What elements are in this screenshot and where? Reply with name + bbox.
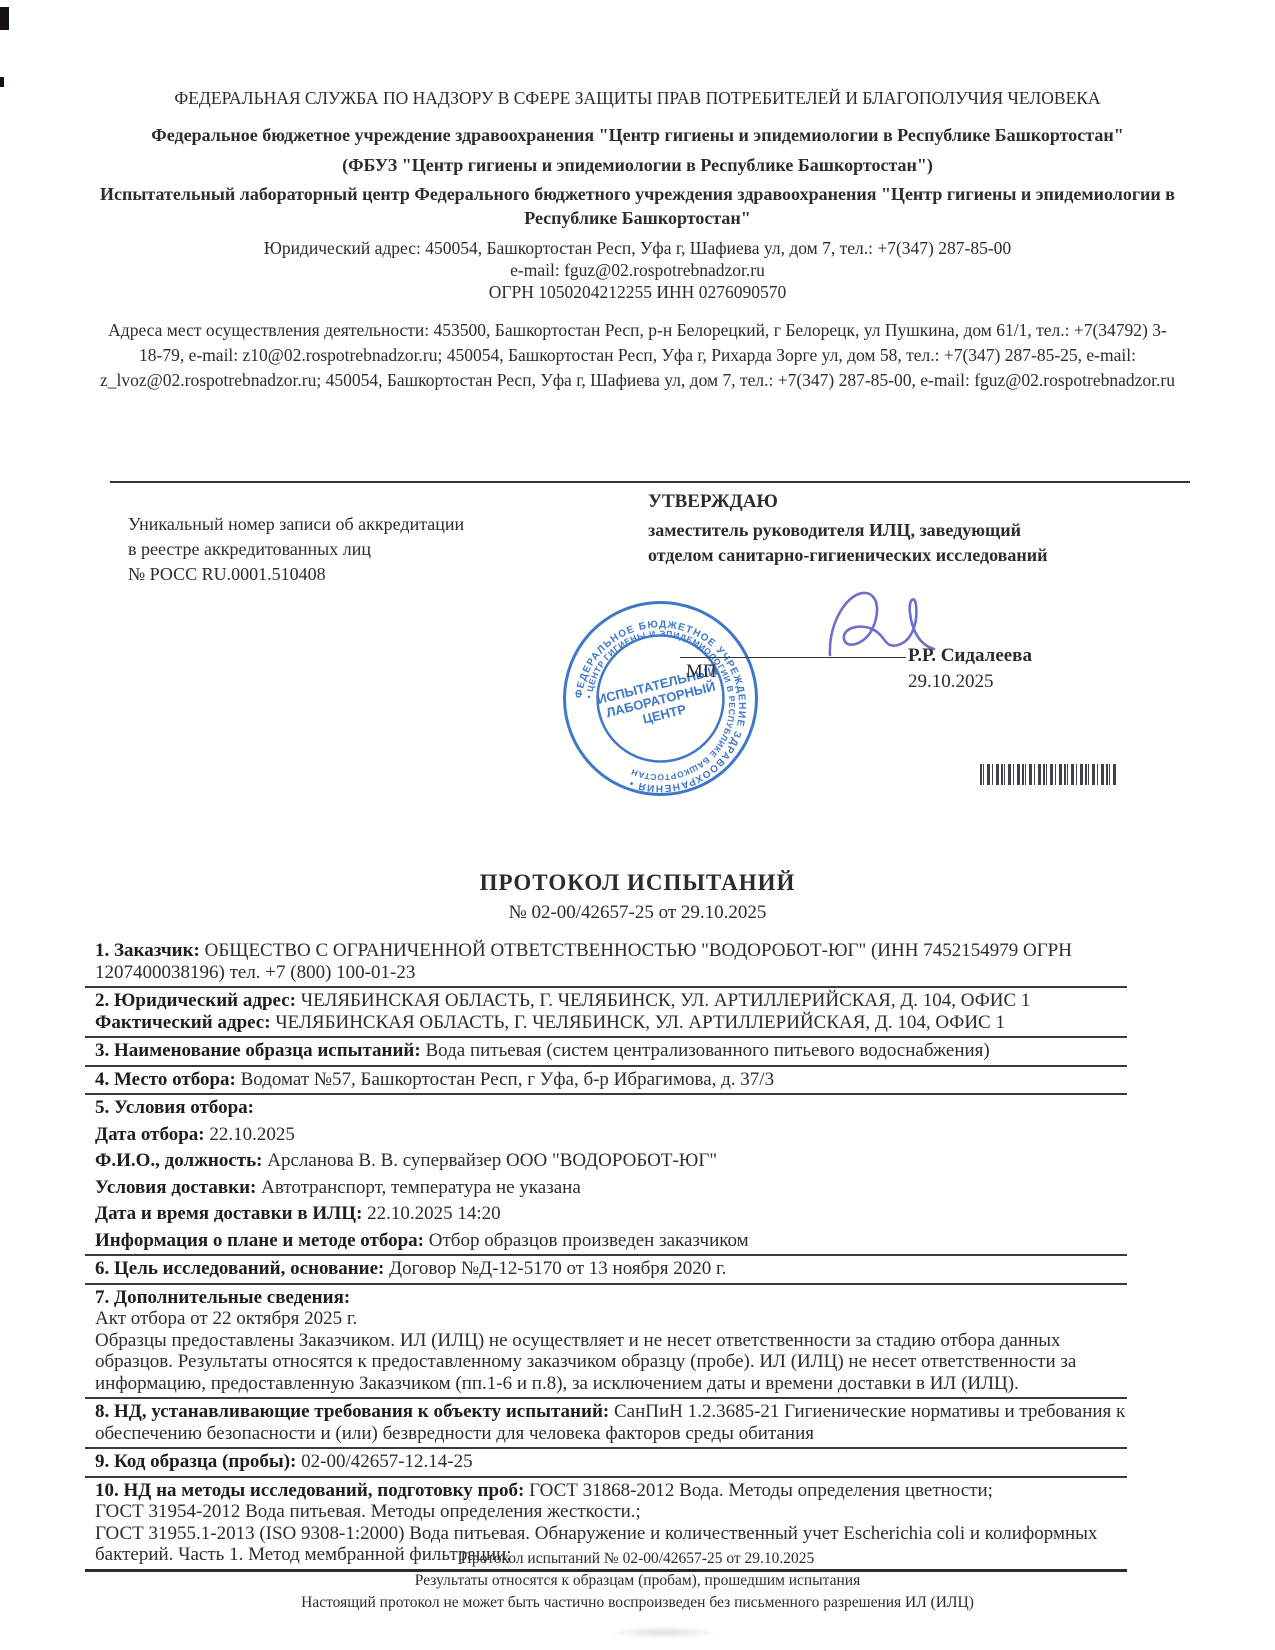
section-5: 5. Условия отбора:Дата отбора: 22.10.202…	[85, 1095, 1127, 1256]
paragraph: Образцы предоставлены Заказчиком. ИЛ (ИЛ…	[95, 1330, 1127, 1395]
accreditation-line: Уникальный номер записи об аккредитации	[128, 512, 464, 537]
paragraph: 8. НД, устанавливающие требования к объе…	[95, 1401, 1127, 1444]
mp-label: МП	[686, 661, 717, 683]
paragraph: 7. Дополнительные сведения:	[95, 1287, 1127, 1309]
letterhead: ФЕДЕРАЛЬНАЯ СЛУЖБА ПО НАДЗОРУ В СФЕРЕ ЗА…	[100, 86, 1175, 393]
footer-line: Протокол испытаний № 02-00/42657-25 от 2…	[0, 1548, 1275, 1570]
section-3: 3. Наименование образца испытаний: Вода …	[85, 1038, 1127, 1067]
approval-title: УТВЕРЖДАЮ	[648, 489, 1128, 514]
footer-line: Настоящий протокол не может быть частичн…	[0, 1592, 1275, 1614]
email-line: e-mail: fguz@02.rospotrebnadzor.ru	[100, 259, 1175, 281]
section-6: 6. Цель исследований, основание: Договор…	[85, 1256, 1127, 1285]
section-2: 2. Юридический адрес: ЧЕЛЯБИНСКАЯ ОБЛАСТ…	[85, 988, 1127, 1038]
protocol-number: № 02-00/42657-25 от 29.10.2025	[0, 902, 1275, 924]
sections: 1. Заказчик: ОБЩЕСТВО С ОГРАНИЧЕННОЙ ОТВ…	[85, 938, 1127, 1572]
paragraph: ГОСТ 31954-2012 Вода питьевая. Методы оп…	[95, 1501, 1127, 1523]
paragraph: 5. Условия отбора:	[95, 1097, 1127, 1119]
approver-position-line: заместитель руководителя ИЛЦ, заведующий	[648, 518, 1128, 543]
document-page: ФЕДЕРАЛЬНАЯ СЛУЖБА ПО НАДЗОРУ В СФЕРЕ ЗА…	[0, 0, 1275, 1650]
laboratory-center-name: Испытательный лабораторный центр Федерал…	[100, 182, 1175, 230]
header-divider	[110, 481, 1190, 483]
paragraph: Условия доставки: Автотранспорт, темпера…	[95, 1177, 1127, 1199]
legal-address: Юридический адрес: 450054, Башкортостан …	[100, 237, 1175, 259]
scan-edge-mark	[0, 77, 4, 87]
paragraph: 4. Место отбора: Водомат №57, Башкортост…	[95, 1069, 1127, 1091]
accreditation-line: в реестре аккредитованных лиц	[128, 537, 464, 562]
scan-smudge	[608, 1626, 720, 1639]
paragraph: 3. Наименование образца испытаний: Вода …	[95, 1040, 1127, 1062]
approval-block: УТВЕРЖДАЮ заместитель руководителя ИЛЦ, …	[648, 489, 1128, 568]
organization-full-name: Федеральное бюджетное учреждение здравоо…	[100, 123, 1175, 147]
accreditation-number: № РОСС RU.0001.510408	[128, 562, 464, 587]
paragraph: 6. Цель исследований, основание: Договор…	[95, 1258, 1127, 1280]
protocol-title: ПРОТОКОЛ ИСПЫТАНИЙ	[0, 870, 1275, 896]
paragraph: Акт отбора от 22 октября 2025 г.	[95, 1308, 1127, 1330]
paragraph: 2. Юридический адрес: ЧЕЛЯБИНСКАЯ ОБЛАСТ…	[95, 990, 1127, 1012]
federal-service-name: ФЕДЕРАЛЬНАЯ СЛУЖБА ПО НАДЗОРУ В СФЕРЕ ЗА…	[100, 86, 1175, 111]
section-7: 7. Дополнительные сведения:Акт отбора от…	[85, 1285, 1127, 1400]
section-1: 1. Заказчик: ОБЩЕСТВО С ОГРАНИЧЕННОЙ ОТВ…	[85, 938, 1127, 988]
signature-line	[680, 657, 906, 658]
accreditation-block: Уникальный номер записи об аккредитации …	[128, 512, 464, 587]
ogrn-inn-line: ОГРН 1050204212255 ИНН 0276090570	[100, 281, 1175, 303]
activity-addresses: Адреса мест осуществления деятельности: …	[100, 318, 1175, 393]
paragraph: 9. Код образца (пробы): 02-00/42657-12.1…	[95, 1451, 1127, 1473]
approval-date: 29.10.2025	[908, 671, 994, 693]
page-footer: Протокол испытаний № 02-00/42657-25 от 2…	[0, 1548, 1275, 1614]
paragraph: Дата отбора: 22.10.2025	[95, 1124, 1127, 1146]
scan-edge-mark	[0, 7, 9, 30]
paragraph: 10. НД на методы исследований, подготовк…	[95, 1480, 1127, 1502]
section-8: 8. НД, устанавливающие требования к объе…	[85, 1399, 1127, 1449]
paragraph: 1. Заказчик: ОБЩЕСТВО С ОГРАНИЧЕННОЙ ОТВ…	[95, 940, 1127, 983]
approver-name: Р.Р. Сидалеева	[908, 645, 1032, 667]
approver-position-line: отделом санитарно-гигиенических исследов…	[648, 543, 1128, 568]
paragraph: Фактический адрес: ЧЕЛЯБИНСКАЯ ОБЛАСТЬ, …	[95, 1012, 1127, 1034]
organization-short-name: (ФБУЗ "Центр гигиены и эпидемиологии в Р…	[100, 153, 1175, 177]
paragraph: Ф.И.О., должность: Арсланова В. В. супер…	[95, 1150, 1127, 1172]
round-stamp: ФЕДЕРАЛЬНОЕ БЮДЖЕТНОЕ УЧРЕЖДЕНИЕ ЗДРАВОО…	[558, 596, 763, 801]
paragraph: Информация о плане и методе отбора: Отбо…	[95, 1230, 1127, 1252]
footer-line: Результаты относятся к образцам (пробам)…	[0, 1570, 1275, 1592]
barcode	[980, 764, 1118, 785]
section-4: 4. Место отбора: Водомат №57, Башкортост…	[85, 1067, 1127, 1096]
section-9: 9. Код образца (пробы): 02-00/42657-12.1…	[85, 1449, 1127, 1478]
paragraph: Дата и время доставки в ИЛЦ: 22.10.2025 …	[95, 1203, 1127, 1225]
